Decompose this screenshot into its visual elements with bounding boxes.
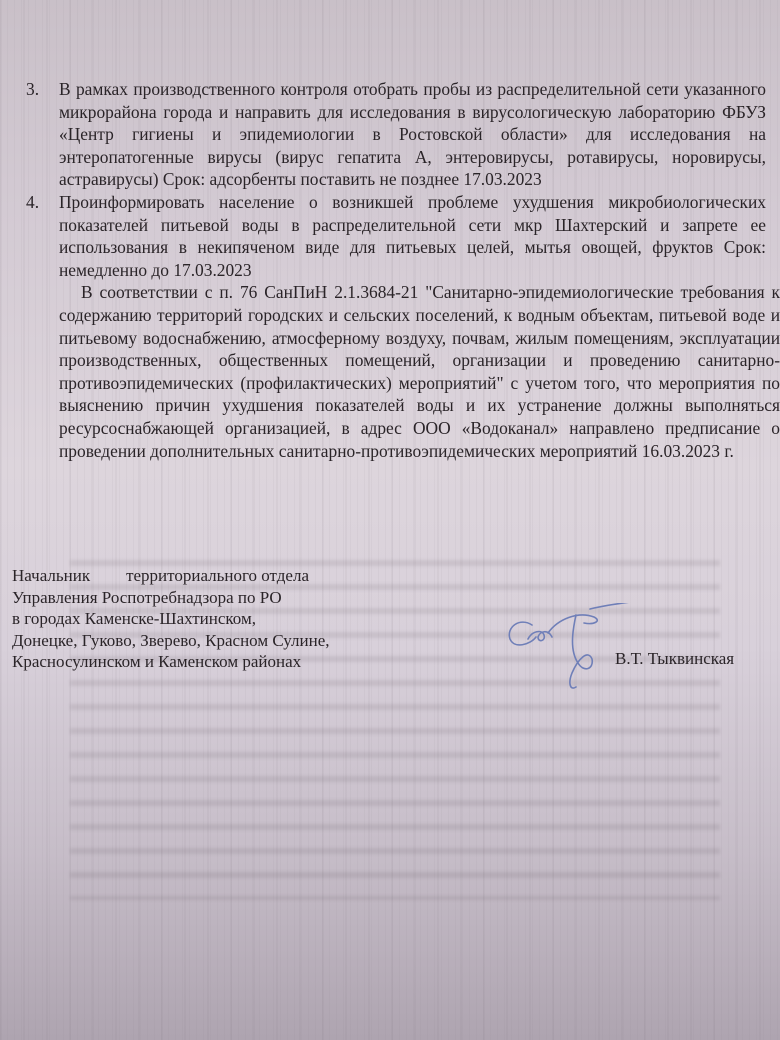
list-item-3: 3. В рамках производственного контроля о…	[0, 78, 780, 191]
signatory-title-first-line: Начальник территориального отдела	[12, 565, 780, 587]
document-body: 3. В рамках производственного контроля о…	[0, 78, 780, 462]
signatory-title-word: Начальник	[12, 565, 90, 587]
body-paragraph: В соответствии с п. 76 СанПиН 2.1.3684-2…	[0, 281, 780, 462]
signatory-title-rest: территориального отдела	[126, 565, 309, 587]
handwritten-signature-icon	[498, 603, 648, 693]
list-number: 3.	[26, 78, 39, 101]
signature-block: Начальник территориального отдела Управл…	[12, 565, 780, 695]
list-item-text: В рамках производственного контроля отоб…	[59, 78, 766, 191]
signatory-title-line: в городах Каменске-Шахтинском,	[12, 608, 780, 630]
list-item-text: Проинформировать население о возникшей п…	[59, 191, 766, 281]
signatory-name: В.Т. Тыквинская	[615, 649, 734, 669]
list-item-4: 4. Проинформировать население о возникше…	[0, 191, 780, 281]
signatory-title-line: Донецке, Гуково, Зверево, Красном Сулине…	[12, 630, 780, 652]
list-number: 4.	[26, 191, 39, 214]
signatory-title-line: Управления Роспотребнадзора по РО	[12, 587, 780, 609]
